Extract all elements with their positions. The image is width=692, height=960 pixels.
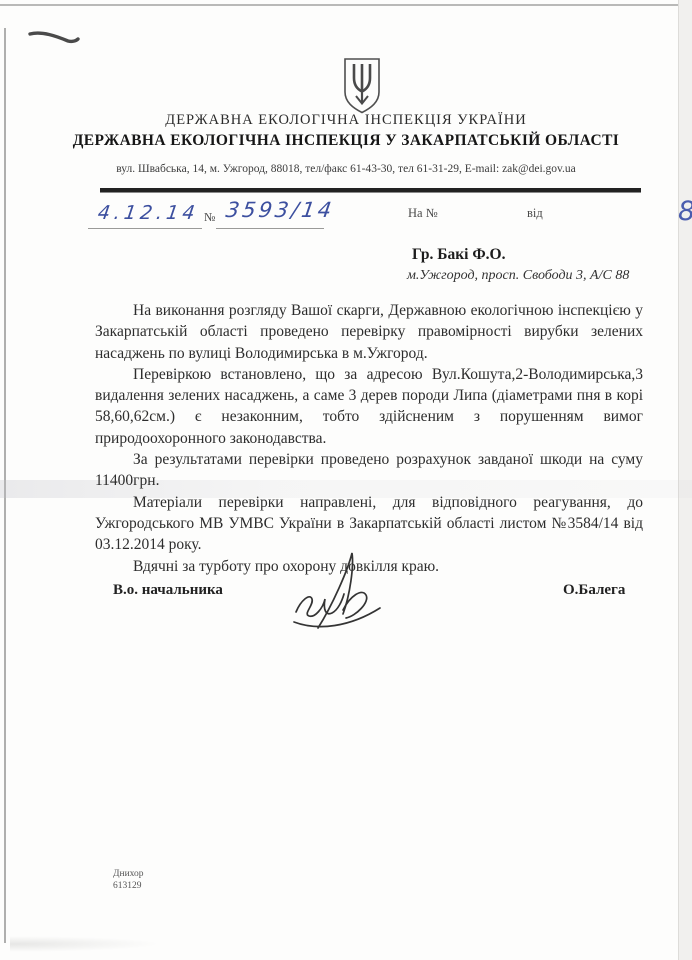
- number-underline: [216, 228, 324, 229]
- handwritten-date: 4.12.14: [96, 202, 200, 224]
- body-paragraph: Матеріали перевірки направлені, для відп…: [95, 492, 643, 556]
- signer-name: О.Балега: [563, 582, 625, 599]
- body-paragraph: Перевіркою встановлено, що за адресою Ву…: [95, 364, 643, 449]
- body-paragraph: За результатами перевірки проведено розр…: [95, 449, 643, 492]
- scanned-letter-page: ДЕРЖАВНА ЕКОЛОГІЧНА ІНСПЕКЦІЯ УКРАЇНИ ДЕ…: [0, 0, 692, 960]
- org-name-regional: ДЕРЖАВНА ЕКОЛОГІЧНА ІНСПЕКЦІЯ У ЗАКАРПАТ…: [0, 132, 692, 150]
- reply-to-number-label: На №: [408, 206, 438, 221]
- handwritten-outgoing-number: 3593/14: [224, 198, 336, 222]
- number-sign-label: №: [204, 210, 215, 225]
- letter-body: На виконання розгляду Вашої скарги, Держ…: [95, 300, 643, 577]
- org-contact-line: вул. Швабська, 14, м. Ужгород, 88018, те…: [0, 163, 692, 175]
- addressee-name: Гр. Бакі Ф.О.: [412, 246, 505, 264]
- scan-smudge: [10, 936, 160, 952]
- org-name-national: ДЕРЖАВНА ЕКОЛОГІЧНА ІНСПЕКЦІЯ УКРАЇНИ: [0, 112, 692, 129]
- signer-position-title: В.о. начальника: [113, 582, 223, 599]
- reply-from-label: від: [527, 206, 543, 221]
- executor-phone: 613129: [113, 880, 144, 892]
- handwritten-signature: [288, 548, 398, 640]
- body-paragraph: На виконання розгляду Вашої скарги, Держ…: [95, 300, 643, 364]
- addressee-address: м.Ужгород, просп. Свободи 3, А/С 88: [407, 268, 629, 284]
- date-underline: [88, 228, 202, 229]
- executor-block: Днихор 613129: [113, 868, 144, 892]
- ukraine-trident-emblem-icon: [342, 57, 382, 115]
- staple-mark-icon: [26, 26, 82, 50]
- letterhead-divider: [100, 188, 641, 192]
- margin-ink-mark: 8: [678, 196, 692, 227]
- executor-name: Днихор: [113, 868, 144, 880]
- scan-edge-top: [0, 4, 692, 6]
